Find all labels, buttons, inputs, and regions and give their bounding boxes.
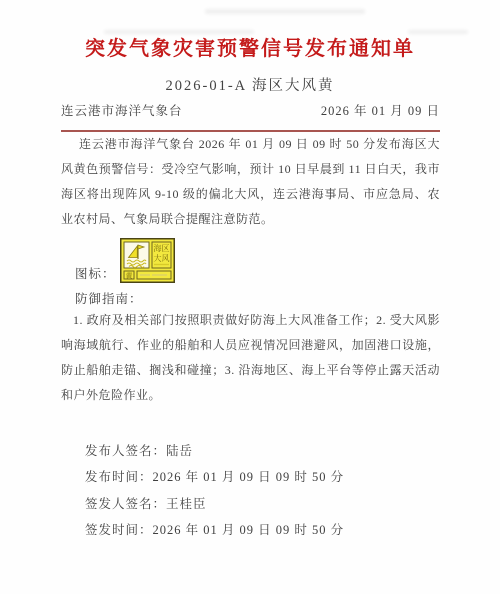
publisher-signature-label: 发布人签名： [85,444,166,458]
signature-block: 发布人签名：陆岳 发布时间：2026 年 01 月 09 日 09 时 50 分… [85,438,500,544]
issue-time-label: 签发时间： [85,523,153,537]
warning-body-paragraph: 连云港市海洋气象台 2026 年 01 月 09 日 09 时 50 分发布海区… [61,132,440,232]
issue-date: 2026 年 01 月 09 日 [321,103,440,120]
warning-level-cell: 黄 [124,271,134,280]
publish-time-label: 发布时间： [85,470,153,484]
sea-gale-yellow-warning-icon: 海区 大风 黄 [120,238,175,283]
issuer-signature-value: 王桂臣 [166,497,207,511]
issuer-signature-row: 签发人签名：王桂臣 [85,491,500,518]
sailboat-glyph-cell [124,242,149,268]
svg-text:大风: 大风 [153,253,169,263]
scan-artifact [205,9,365,14]
pinyin-cell [137,271,171,279]
issuing-agency: 连云港市海洋气象台 [61,103,183,120]
defense-guide-paragraph: 1. 政府及相关部门按照职责做好防海上大风准备工作；2. 受大风影响海域航行、作… [61,308,440,408]
defense-guide-label: 防御指南： [75,291,500,308]
svg-text:海区: 海区 [153,243,169,253]
issue-time-value: 2026 年 01 月 09 日 09 时 50 分 [153,523,345,537]
scan-artifact [408,30,468,34]
icon-row: 图标： 海区 大风 [75,237,500,283]
svg-text:黄: 黄 [125,271,133,280]
warning-name-cell: 海区 大风 [152,242,171,268]
warning-notice-document: 突发气象灾害预警信号发布通知单 2026-01-A 海区大风黄 连云港市海洋气象… [0,0,500,594]
publisher-signature-value: 陆岳 [166,444,193,458]
publisher-signature-row: 发布人签名：陆岳 [85,438,500,465]
document-title: 突发气象灾害预警信号发布通知单 [0,36,500,62]
publish-time-row: 发布时间：2026 年 01 月 09 日 09 时 50 分 [85,464,500,491]
issuer-signature-label: 签发人签名： [85,497,166,511]
scan-artifact [104,30,254,34]
document-header: 连云港市海洋气象台 2026 年 01 月 09 日 [61,103,440,120]
issue-time-row: 签发时间：2026 年 01 月 09 日 09 时 50 分 [85,517,500,544]
warning-code-subtitle: 2026-01-A 海区大风黄 [0,77,500,95]
icon-label: 图标： [75,266,116,283]
publish-time-value: 2026 年 01 月 09 日 09 时 50 分 [153,470,345,484]
